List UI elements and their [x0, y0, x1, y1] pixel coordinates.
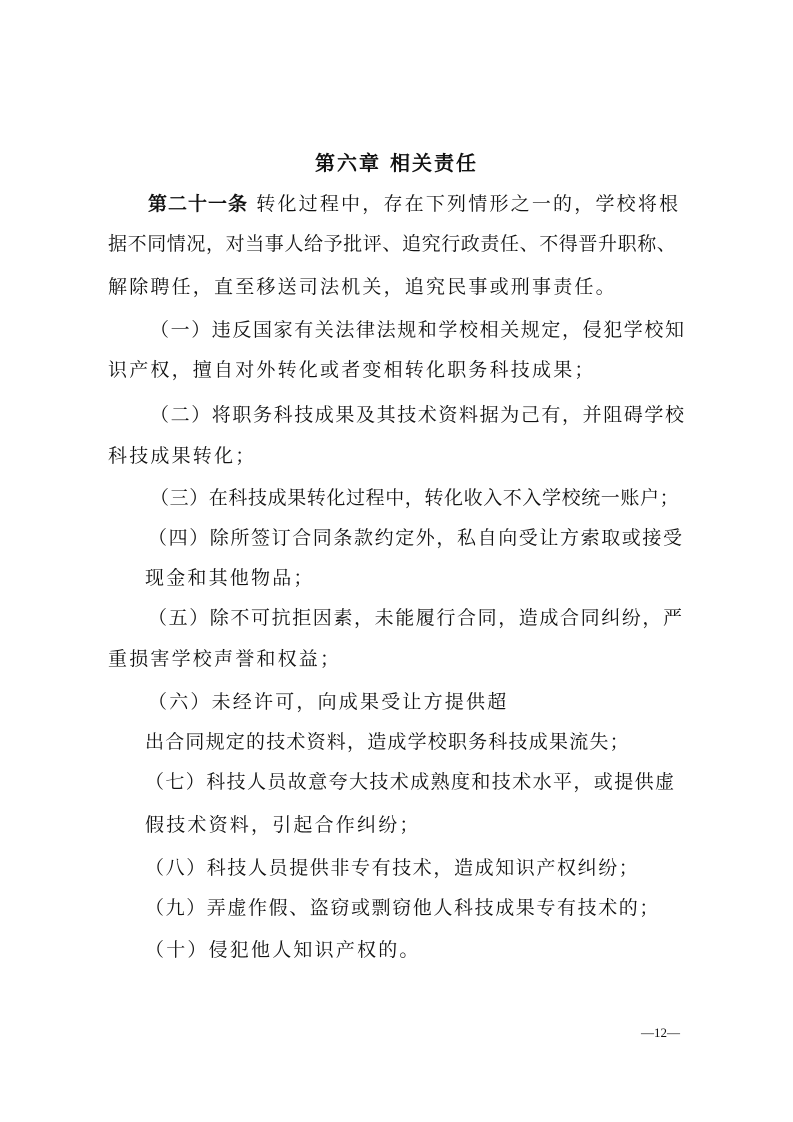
item-6-line-2: 出合同规定的技术资料，造成学校职务科技成果流失；	[145, 730, 630, 754]
item-1-line-1: （一）违反国家有关法律法规和学校相关规定，侵犯学校知	[150, 318, 686, 342]
article-line-3: 解除聘任，直至移送司法机关，追究民事或刑事责任。	[108, 275, 617, 299]
article-line-1: 第二十一条 转化过程中，存在下列情形之一的，学校将根	[148, 192, 680, 216]
item-6-line-1: （六）未经许可，向成果受让方提供超	[148, 690, 508, 714]
item-2-line-1: （二）将职务科技成果及其技术资料据为己有，并阻碍学校	[150, 403, 686, 427]
item-7-line-1: （七）科技人员故意夸大技术成熟度和技术水平，或提供虚	[145, 770, 675, 794]
chapter-title: 第六章 相关责任	[0, 147, 793, 176]
article-number: 第二十一条	[148, 193, 248, 215]
item-1-line-2: 识产权，擅自对外转化或者变相转化职务科技成果；	[108, 358, 596, 382]
item-10-line-1: （十）侵犯他人知识产权的。	[145, 938, 421, 962]
article-line-2: 据不同情况，对当事人给予批评、追究行政责任、不得晋升职称、	[108, 232, 676, 256]
item-4-line-2: 现金和其他物品；	[145, 566, 315, 590]
item-5-line-1: （五）除不可抗拒因素，未能履行合同，造成合同纠纷，严	[148, 606, 684, 630]
item-3-line-1: （三）在科技成果转化过程中，转化收入不入学校统一账户；	[150, 486, 679, 510]
item-9-line-1: （九）弄虚作假、盗窃或剽窃他人科技成果专有技术的；	[145, 896, 660, 920]
article-text-1: 转化过程中，存在下列情形之一的，学校将根	[248, 193, 680, 215]
item-8-line-1: （八）科技人员提供非专有技术，造成知识产权纠纷；	[145, 856, 639, 880]
item-5-line-2: 重损害学校声誉和权益；	[108, 647, 341, 671]
item-7-line-2: 假技术资料，引起合作纠纷；	[145, 813, 421, 837]
item-4-line-1: （四）除所签订合同条款约定外，私自向受让方索取或接受	[148, 526, 684, 550]
page-number: —12—	[641, 1025, 680, 1041]
item-2-line-2: 科技成果转化；	[108, 444, 256, 468]
